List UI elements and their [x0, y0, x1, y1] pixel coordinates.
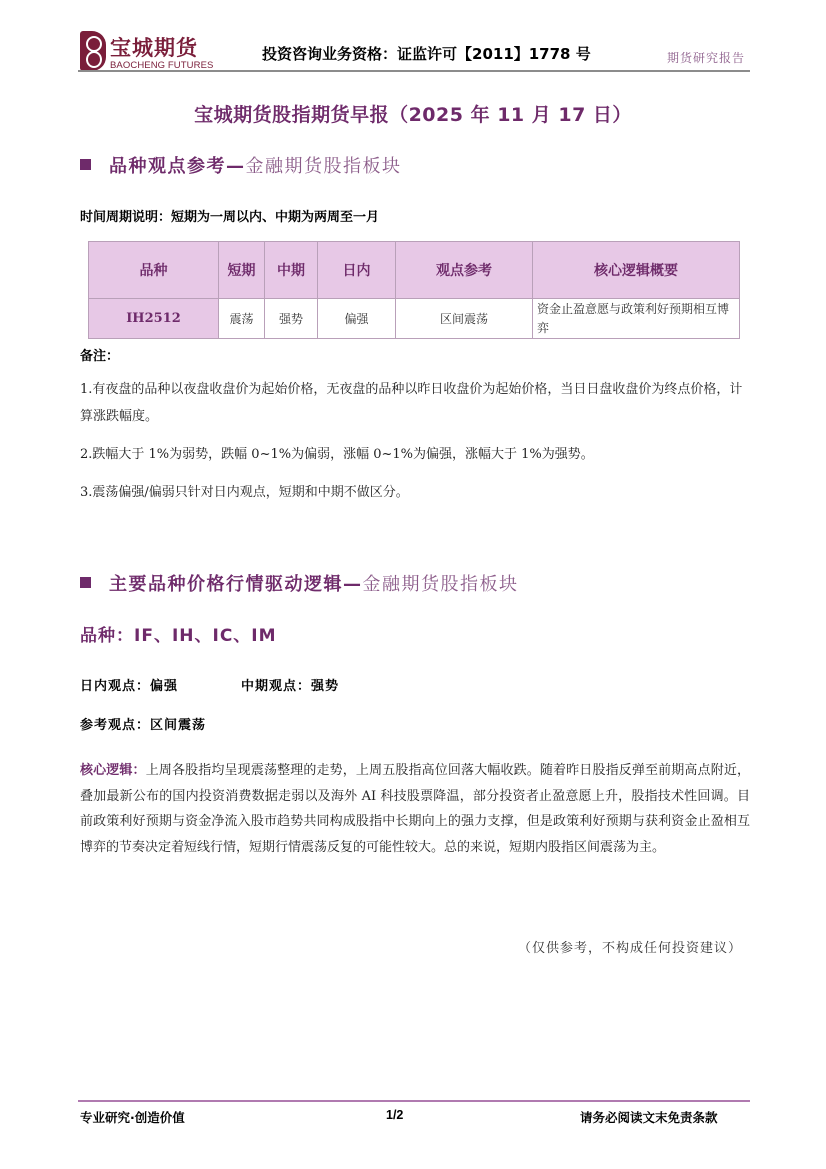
note-item: 3.震荡偏强/偏弱只针对日内观点，短期和中期不做区分。 — [80, 479, 750, 506]
footer-divider — [78, 1100, 750, 1102]
header-short-term: 短期 — [219, 242, 265, 299]
cell-logic: 资金止盈意愿与政策利好预期相互博弈 — [533, 299, 740, 339]
header-view: 观点参考 — [396, 242, 533, 299]
mid-term-view: 中期观点：强势 — [241, 675, 339, 694]
section-heading-main: 品种观点参考— — [109, 156, 246, 177]
disclaimer: （仅供参考，不构成任何投资建议） — [480, 937, 742, 956]
square-bullet-icon — [80, 577, 91, 588]
table-header-row: 品种 短期 中期 日内 观点参考 核心逻辑概要 — [89, 242, 740, 299]
header-variety: 品种 — [89, 242, 219, 299]
license-text: 投资咨询业务资格：证监许可【2011】1778 号 — [262, 43, 591, 64]
core-logic-text: 上周各股指均呈现震荡整理的走势，上周五股指高位回落大幅收跌。随着昨日股指反弹至前… — [80, 763, 750, 855]
section-heading-main: 主要品种价格行情驱动逻辑— — [109, 574, 363, 595]
footer-notice: 请务必阅读文末免责条款 — [580, 1108, 718, 1126]
cell-mid-term: 强势 — [265, 299, 318, 339]
document-title: 宝城期货股指期货早报（2025 年 11 月 17 日） — [0, 100, 826, 127]
cell-short-term: 震荡 — [219, 299, 265, 339]
variety-list: 品种：IF、IH、IC、IM — [80, 621, 277, 646]
logo-chinese-name: 宝城期货 — [110, 32, 198, 62]
section-heading-price-drivers: 主要品种价格行情驱动逻辑—金融期货股指板块 — [80, 570, 519, 596]
note-item: 1.有夜盘的品种以夜盘收盘价为起始价格，无夜盘的品种以昨日收盘价为起始价格，当日… — [80, 376, 750, 430]
views-table: 品种 短期 中期 日内 观点参考 核心逻辑概要 IH2512 震荡 强势 偏强 … — [88, 241, 740, 339]
header-divider — [78, 70, 750, 72]
core-logic-label: 核心逻辑： — [80, 763, 146, 778]
cell-code: IH2512 — [89, 299, 219, 339]
notes-title: 备注： — [80, 345, 119, 364]
cell-view: 区间震荡 — [396, 299, 533, 339]
header-mid-term: 中期 — [265, 242, 318, 299]
logo-b-icon — [80, 31, 106, 71]
table-row: IH2512 震荡 强势 偏强 区间震荡 资金止盈意愿与政策利好预期相互博弈 — [89, 299, 740, 339]
core-logic-paragraph: 核心逻辑：上周各股指均呈现震荡整理的走势，上周五股指高位回落大幅收跌。随着昨日股… — [80, 758, 750, 860]
report-type-label: 期货研究报告 — [667, 49, 745, 66]
footer-slogan: 专业研究·创造价值 — [80, 1108, 185, 1126]
header-intraday: 日内 — [318, 242, 396, 299]
reference-view: 参考观点：区间震荡 — [80, 714, 206, 733]
cell-intraday: 偏强 — [318, 299, 396, 339]
period-note: 时间周期说明：短期为一周以内、中期为两周至一月 — [80, 206, 379, 225]
page-number: 1/2 — [386, 1108, 403, 1122]
section-heading-sub: 金融期货股指板块 — [363, 574, 519, 595]
square-bullet-icon — [80, 159, 91, 170]
note-item: 2.跌幅大于 1%为弱势，跌幅 0~1%为偏弱，涨幅 0~1%为偏强，涨幅大于 … — [80, 441, 750, 468]
header-core-logic: 核心逻辑概要 — [533, 242, 740, 299]
section-heading-variety-views: 品种观点参考—金融期货股指板块 — [80, 152, 402, 178]
section-heading-sub: 金融期货股指板块 — [246, 156, 402, 177]
company-logo: 宝城期货 BAOCHENG FUTURES — [80, 31, 210, 73]
intraday-view: 日内观点：偏强 — [80, 675, 178, 694]
